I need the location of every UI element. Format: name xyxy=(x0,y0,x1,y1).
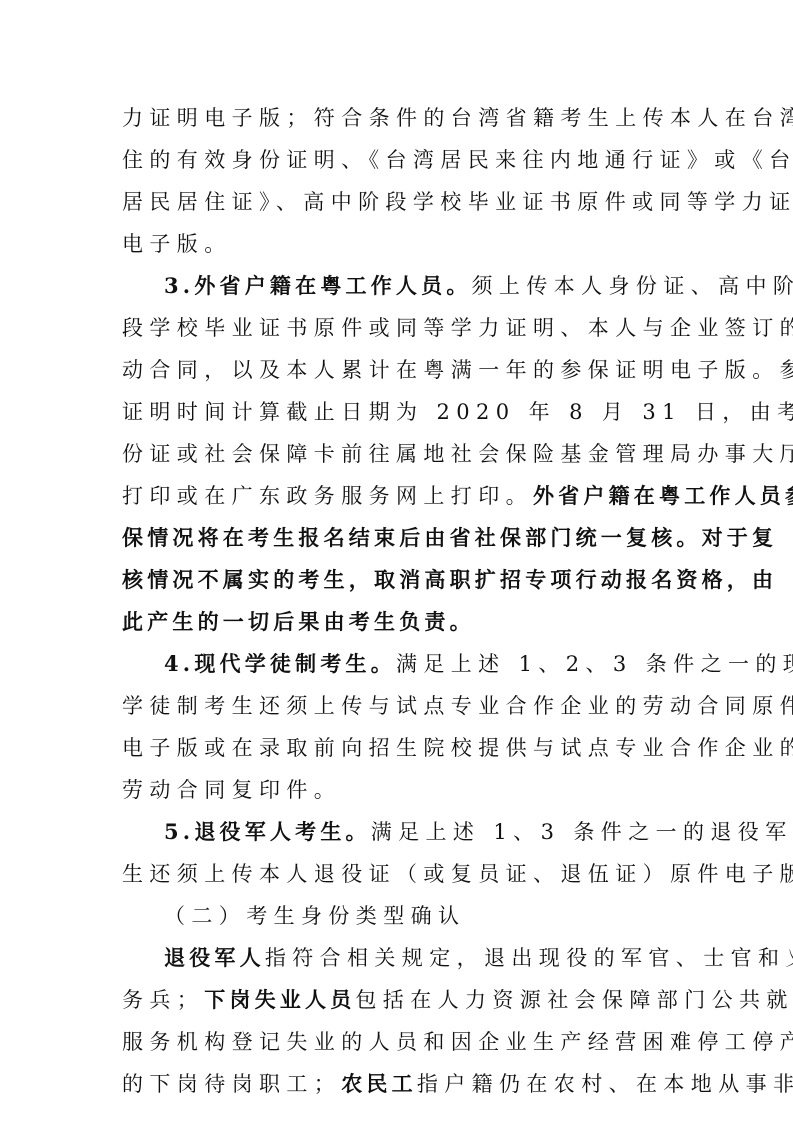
body-text: 份证或社会保障卡前往属地社会保险基金管理局办事大厅 xyxy=(122,442,793,466)
bold-text: 农民工 xyxy=(341,1071,417,1096)
body-text: 满足上述 1、3 条件之一的退役军人考 xyxy=(371,820,793,844)
text-line: 打印或在广东政务服务网上打印。外省户籍在粤工作人员参 xyxy=(122,481,793,511)
document-page: 力证明电子版；符合条件的台湾省籍考生上传本人在台湾居住的有效身份证明、《台湾居民… xyxy=(0,0,793,1122)
body-text: 学徒制考生还须上传与试点专业合作企业的劳动合同原件 xyxy=(122,694,793,718)
text-line: 劳动合同复印件。 xyxy=(122,775,341,805)
body-text: 居民居住证》、高中阶段学校毕业证书原件或同等学力证明 xyxy=(122,190,793,214)
body-text: （二）考生身份类型确认 xyxy=(164,904,465,928)
body-text: 电子版。 xyxy=(122,232,232,256)
body-text: 包括在人力资源社会保障部门公共就业 xyxy=(355,988,793,1012)
text-line: 5.退役军人考生。满足上述 1、3 条件之一的退役军人考 xyxy=(164,817,793,847)
text-line: 核情况不属实的考生，取消高职扩招专项行动报名资格，由 xyxy=(122,565,777,595)
body-text: 证明时间计算截止日期为 2020 年 8 月 31 日，由考生携带身 xyxy=(122,400,793,424)
body-text: 段学校毕业证书原件或同等学力证明、本人与企业签订的劳 xyxy=(122,316,793,340)
bold-text: 此产生的一切后果由考生负责。 xyxy=(122,609,475,634)
text-line: 务兵；下岗失业人员包括在人力资源社会保障部门公共就业 xyxy=(122,985,793,1015)
text-line: 的下岗待岗职工；农民工指户籍仍在农村、在本地从事非农 xyxy=(122,1069,793,1099)
text-line: 退役军人指符合相关规定，退出现役的军官、士官和义 xyxy=(164,943,793,973)
text-line: 份证或社会保障卡前往属地社会保险基金管理局办事大厅 xyxy=(122,439,793,469)
body-text: 的下岗待岗职工； xyxy=(122,1072,341,1096)
text-line: （二）考生身份类型确认 xyxy=(164,901,465,931)
bold-text: 5.退役军人考生。 xyxy=(164,819,371,844)
body-text: 满足上述 1、2、3 条件之一的现代 xyxy=(396,652,793,676)
body-text: 打印或在广东政务服务网上打印。 xyxy=(122,484,533,508)
text-line: 力证明电子版；符合条件的台湾省籍考生上传本人在台湾居 xyxy=(122,103,793,133)
body-text: 指符合相关规定，退出现役的军官、士官和义 xyxy=(265,946,793,970)
text-line: 居民居住证》、高中阶段学校毕业证书原件或同等学力证明 xyxy=(122,187,793,217)
body-text: 务兵； xyxy=(122,988,204,1012)
text-line: 电子版或在录取前向招生院校提供与试点专业合作企业的 xyxy=(122,733,793,763)
text-line: 此产生的一切后果由考生负责。 xyxy=(122,607,475,637)
text-line: 电子版。 xyxy=(122,229,232,259)
text-line: 服务机构登记失业的人员和因企业生产经营困难停工停产 xyxy=(122,1027,793,1057)
body-text: 服务机构登记失业的人员和因企业生产经营困难停工停产 xyxy=(122,1030,793,1054)
bold-text: 退役军人 xyxy=(164,945,265,970)
body-text: 须上传本人身份证、高中阶 xyxy=(472,274,793,298)
text-line: 住的有效身份证明、《台湾居民来往内地通行证》或《台湾 xyxy=(122,145,793,175)
text-line: 动合同，以及本人累计在粤满一年的参保证明电子版。参保 xyxy=(122,355,793,385)
text-line: 证明时间计算截止日期为 2020 年 8 月 31 日，由考生携带身 xyxy=(122,397,793,427)
body-text: 劳动合同复印件。 xyxy=(122,778,341,802)
text-line: 段学校毕业证书原件或同等学力证明、本人与企业签订的劳 xyxy=(122,313,793,343)
bold-text: 4.现代学徒制考生。 xyxy=(164,651,396,676)
bold-text: 核情况不属实的考生，取消高职扩招专项行动报名资格，由 xyxy=(122,567,777,592)
bold-text: 下岗失业人员 xyxy=(204,987,355,1012)
text-line: 生还须上传本人退役证（或复员证、退伍证）原件电子版。 xyxy=(122,859,793,889)
body-text: 指户籍仍在农村、在本地从事非农 xyxy=(417,1072,793,1096)
text-line: 3.外省户籍在粤工作人员。须上传本人身份证、高中阶 xyxy=(164,271,793,301)
body-text: 住的有效身份证明、《台湾居民来往内地通行证》或《台湾 xyxy=(122,148,793,172)
bold-text: 3.外省户籍在粤工作人员。 xyxy=(164,273,472,298)
text-line: 学徒制考生还须上传与试点专业合作企业的劳动合同原件 xyxy=(122,691,793,721)
body-text: 生还须上传本人退役证（或复员证、退伍证）原件电子版。 xyxy=(122,862,793,886)
bold-text: 保情况将在考生报名结束后由省社保部门统一复核。对于复 xyxy=(122,525,777,550)
bold-text: 外省户籍在粤工作人员参 xyxy=(533,483,793,508)
text-line: 4.现代学徒制考生。满足上述 1、2、3 条件之一的现代 xyxy=(164,649,793,679)
body-text: 动合同，以及本人累计在粤满一年的参保证明电子版。参保 xyxy=(122,358,793,382)
body-text: 力证明电子版；符合条件的台湾省籍考生上传本人在台湾居 xyxy=(122,106,793,130)
body-text: 电子版或在录取前向招生院校提供与试点专业合作企业的 xyxy=(122,736,793,760)
text-line: 保情况将在考生报名结束后由省社保部门统一复核。对于复 xyxy=(122,523,777,553)
